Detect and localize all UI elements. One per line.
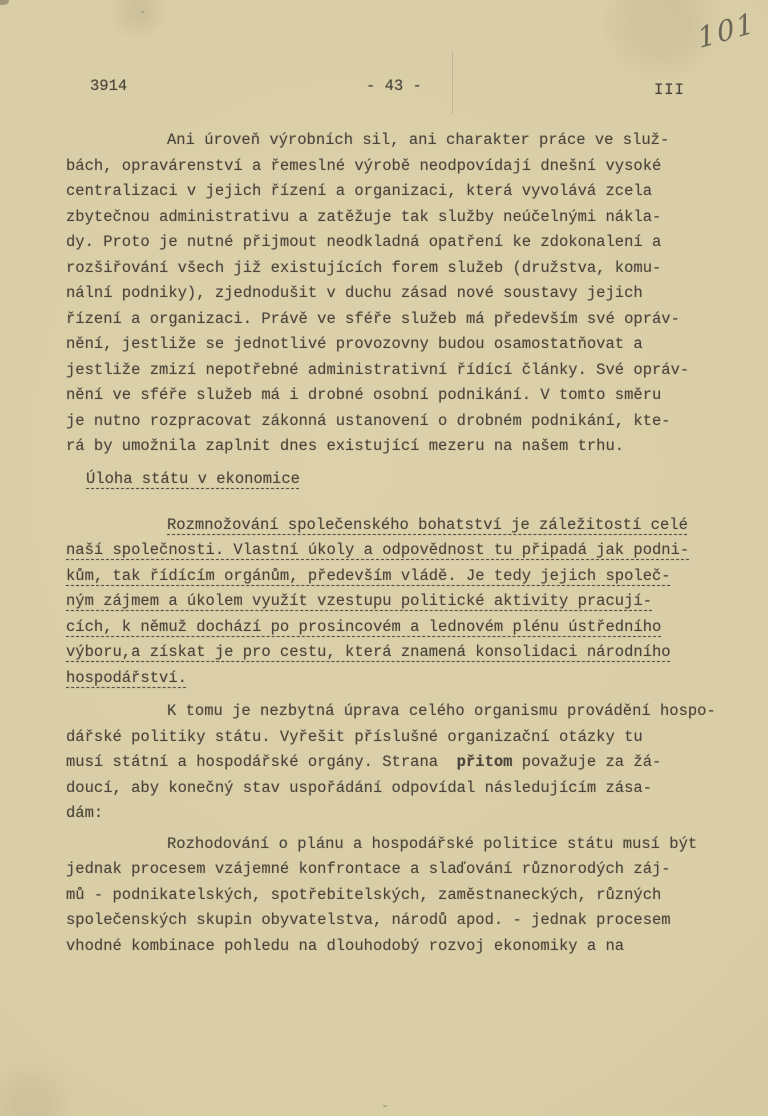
paragraph-plan-decisions: Rozhodování o plánu a hospodářské politi… bbox=[66, 832, 716, 960]
section-number: III bbox=[654, 80, 685, 100]
document-page: 101 3914 - 43 - III Ani úroveň výrobních… bbox=[0, 0, 768, 1116]
paper-corner-mark bbox=[0, 0, 9, 5]
text-line: řízení a organizaci. Právě ve sféře služ… bbox=[66, 307, 716, 333]
underlined-text-line: Rozmnožování společenského bohatství je … bbox=[167, 516, 688, 534]
text-line: je nutno rozpracovat zákonná ustanovení … bbox=[66, 409, 716, 435]
section-heading: Úloha státu v ekonomice bbox=[86, 466, 300, 492]
text-line: dám: bbox=[66, 801, 716, 827]
text-segment: musí státní a hospodářské orgány. Strana bbox=[66, 753, 457, 771]
text-line: dy. Proto je nutné přijmout neodkladná o… bbox=[66, 230, 716, 256]
text-line: rá by umožnila zaplnit dnes existující m… bbox=[66, 434, 716, 460]
underlined-text-line: naší společnosti. Vlastní úkoly a odpově… bbox=[66, 541, 689, 559]
text-line: bách, opravárenství a řemeslné výrobě ne… bbox=[66, 154, 716, 180]
text-segment: považuje za žá- bbox=[512, 753, 661, 771]
text-line: zbytečnou administrativu a zatěžuje tak … bbox=[66, 205, 716, 231]
paragraph-state-organs: K tomu je nezbytná úprava celého organis… bbox=[66, 699, 716, 827]
text-line: společenských skupin obyvatelstva, národ… bbox=[66, 908, 716, 934]
text-line: rozšiřování všech již existujících forem… bbox=[66, 256, 716, 282]
text-line: Rozhodování o plánu a hospodářské politi… bbox=[66, 832, 716, 858]
text-line: dářské politiky státu. Vyřešit příslušné… bbox=[66, 725, 716, 751]
text-line: nění, jestliže se jednotlivé provozovny … bbox=[66, 332, 716, 358]
text-line: vhodné kombinace pohledu na dlouhodobý r… bbox=[66, 934, 716, 960]
emphasized-text: přitom bbox=[457, 753, 513, 771]
page-number: - 43 - bbox=[366, 76, 422, 96]
paragraph-services: Ani úroveň výrobních sil, ani charakter … bbox=[66, 128, 716, 460]
text-line: doucí, aby konečný stav uspořádání odpov… bbox=[66, 776, 716, 802]
text-line: nální podniky), zjednodušit v duchu zása… bbox=[66, 281, 716, 307]
text-line: Ani úroveň výrobních sil, ani charakter … bbox=[66, 128, 716, 154]
document-number: 3914 bbox=[90, 76, 127, 96]
document-body: Ani úroveň výrobních sil, ani charakter … bbox=[66, 128, 716, 959]
underlined-text-line: ným zájmem a úkolem využít vzestupu poli… bbox=[66, 592, 652, 610]
paper-speck bbox=[383, 1105, 387, 1107]
underlined-text-line: kům, tak řídícím orgánům, především vlád… bbox=[66, 567, 671, 585]
text-line: mů - podnikatelských, spotřebitelských, … bbox=[66, 883, 716, 909]
text-line: jestliže zmizí nepotřebné administrativn… bbox=[66, 358, 716, 384]
text-line: jednak procesem vzájemné konfrontace a s… bbox=[66, 857, 716, 883]
underlined-text-line: hospodářství. bbox=[66, 669, 187, 687]
paragraph-underlined-statement: Rozmnožování společenského bohatství je … bbox=[66, 513, 716, 692]
text-line: musí státní a hospodářské orgány. Strana… bbox=[66, 750, 716, 776]
underlined-text-line: výboru,a získat je pro cestu, která znam… bbox=[66, 643, 671, 661]
handwritten-page-note: 101 bbox=[695, 6, 758, 55]
paper-crease bbox=[452, 52, 453, 114]
paper-speck bbox=[141, 11, 144, 13]
text-line: K tomu je nezbytná úprava celého organis… bbox=[66, 699, 716, 725]
underlined-text-line: cích, k němuž dochází po prosincovém a l… bbox=[66, 618, 661, 636]
text-line: nění ve sféře služeb má i drobné osobní … bbox=[66, 383, 716, 409]
text-line: centralizaci v jejich řízení a organizac… bbox=[66, 179, 716, 205]
